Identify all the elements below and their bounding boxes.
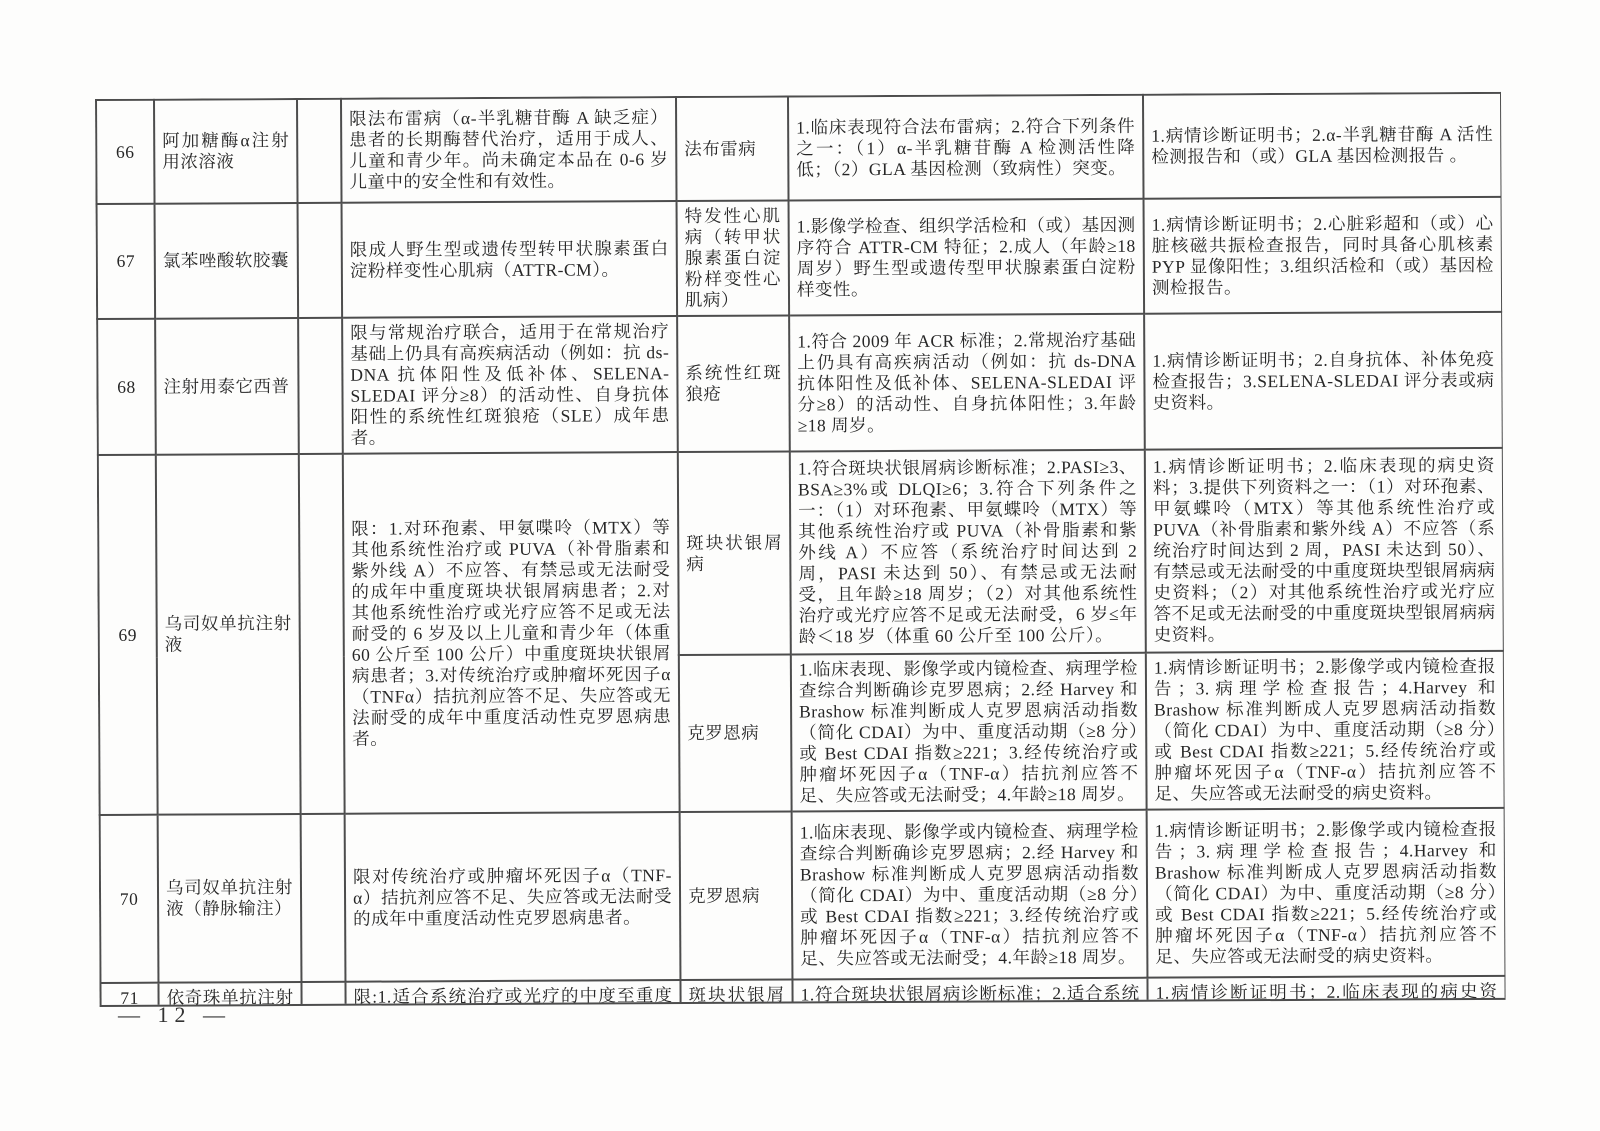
blank-cell bbox=[301, 982, 345, 1007]
materials-cell: 1.病情诊断证明书；2.临床表现的病史资料；3.提供适合系统治疗或光疗的中度至重… bbox=[1147, 976, 1505, 1007]
row-number-cell: 68 bbox=[97, 319, 156, 455]
disease-cell: 特发性心肌病（转甲状腺素蛋白淀粉样变性心肌病） bbox=[677, 200, 790, 316]
disease-cell: 斑块状银屑病 bbox=[678, 451, 791, 655]
table-row-67: 67 氯苯唑酸软胶囊 限成人野生型或遗传型转甲状腺素蛋白淀粉样变性心肌病（ATT… bbox=[97, 197, 1503, 319]
drug-name-cell: 乌司奴单抗注射液 bbox=[156, 454, 301, 815]
disease-cell: 斑块状银屑病 bbox=[680, 979, 792, 1007]
materials-cell: 1.病情诊断证明书；2.临床表现的病史资料；3.提供下列资料之一：（1）对环孢素… bbox=[1145, 448, 1504, 653]
drug-reimbursement-table: 66 阿加糖酶α注射用浓溶液 限法布雷病（α-半乳糖苷酶 A 缺乏症）患者的长期… bbox=[95, 92, 1506, 1007]
table-row-70: 70 乌司奴单抗注射液（静脉输注） 限对传统治疗或肿瘤坏死因子α（TNF-α）拮… bbox=[100, 808, 1506, 983]
criteria-cell: 1.符合斑块状银屑病诊断标准；2.PASI≥3、BSA≥3%或 DLQI≥6；3… bbox=[790, 450, 1146, 655]
criteria-cell: 1.临床表现、影像学或内镜检查、病理学检查综合判断确诊克罗恩病；2.经 Harv… bbox=[792, 810, 1148, 980]
disease-cell: 克罗恩病 bbox=[679, 654, 792, 812]
drug-name-cell: 乌司奴单抗注射液（静脉输注） bbox=[158, 814, 302, 983]
criteria-cell: 1.临床表现符合法布雷病；2.符合下列条件之一：（1）α-半乳糖苷酶 A 检测活… bbox=[788, 95, 1144, 201]
materials-cell: 1.病情诊断证明书；2.影像学或内镜检查报告；3.病理学检查报告；4.Harve… bbox=[1147, 808, 1506, 978]
materials-cell: 1.病情诊断证明书；2.影像学或内镜检查报告；3.病理学检查报告；4.Harve… bbox=[1146, 651, 1505, 810]
criteria-cell: 1.临床表现、影像学或内镜检查、病理学检查综合判断确诊克罗恩病；2.经 Harv… bbox=[791, 653, 1147, 812]
payment-scope-cell: 限法布雷病（α-半乳糖苷酶 A 缺乏症）患者的长期酶替代治疗，适用于成人、儿童和… bbox=[341, 97, 677, 203]
blank-cell bbox=[301, 814, 346, 982]
disease-cell: 系统性红斑狼疮 bbox=[677, 315, 790, 452]
materials-cell: 1.病情诊断证明书；2.自身抗体、补体免疫检查报告；3.SELENA-SLEDA… bbox=[1144, 312, 1503, 450]
drug-name-cell: 阿加糖酶α注射用浓溶液 bbox=[154, 99, 298, 204]
drug-name-cell: 氯苯唑酸软胶囊 bbox=[155, 203, 299, 319]
scanned-document-page: 66 阿加糖酶α注射用浓溶液 限法布雷病（α-半乳糖苷酶 A 缺乏症）患者的长期… bbox=[0, 0, 1600, 1131]
criteria-cell: 1.符合 2009 年 ACR 标准；2.常规治疗基础上仍具有高疾病活动（例如：… bbox=[789, 314, 1145, 452]
materials-cell: 1.病情诊断证明书；2.α-半乳糖苷酶 A 活性检测报告和（或）GLA 基因检测… bbox=[1143, 93, 1502, 199]
materials-cell: 1.病情诊断证明书；2.心脏彩超和（或）心脏核磁共振检查报告，同时具备心肌核素 … bbox=[1144, 197, 1503, 314]
payment-scope-cell: 限对传统治疗或肿瘤坏死因子α（TNF-α）拮抗剂应答不足、失应答或无法耐受的成年… bbox=[345, 812, 681, 982]
table-row-68: 68 注射用泰它西普 限与常规治疗联合，适用于在常规治疗基础上仍具有高疾病活动（… bbox=[97, 312, 1503, 455]
criteria-cell: 1.影像学检查、组织学活检和（或）基因测序符合 ATTR-CM 特征；2.成人（… bbox=[789, 199, 1145, 316]
payment-scope-cell: 限成人野生型或遗传型转甲状腺素蛋白淀粉样变性心肌病（ATTR-CM）。 bbox=[342, 201, 678, 318]
payment-scope-cell: 限:1.适合系统治疗或光疗的中度至重度斑块型银屑病成人患者;2.常规治疗疗效欠佳 bbox=[345, 980, 680, 1007]
page-number: — 12 — bbox=[118, 1002, 231, 1028]
blank-cell bbox=[299, 454, 345, 814]
disease-cell: 克罗恩病 bbox=[680, 811, 793, 980]
blank-cell bbox=[298, 318, 343, 454]
blank-cell bbox=[298, 203, 343, 318]
row-number-cell: 67 bbox=[97, 204, 156, 319]
row-number-cell: 70 bbox=[100, 815, 159, 983]
blank-cell bbox=[297, 99, 342, 203]
row-number-cell: 69 bbox=[98, 455, 158, 815]
table-wrapper: 66 阿加糖酶α注射用浓溶液 限法布雷病（α-半乳糖苷酶 A 缺乏症）患者的长期… bbox=[95, 92, 1506, 1007]
table-row-69-psoriasis: 69 乌司奴单抗注射液 限：1.对环孢素、甲氨喋呤（MTX）等其他系统性治疗或 … bbox=[98, 448, 1504, 658]
criteria-cell: 1.符合斑块状银屑病诊断标准；2.适合系统治疗或光疗的患者；3.PASI≥3、B… bbox=[792, 978, 1147, 1007]
drug-name-cell: 注射用泰它西普 bbox=[155, 318, 299, 455]
table-row-66: 66 阿加糖酶α注射用浓溶液 限法布雷病（α-半乳糖苷酶 A 缺乏症）患者的长期… bbox=[96, 93, 1502, 204]
disease-cell: 法布雷病 bbox=[676, 96, 789, 201]
payment-scope-cell: 限与常规治疗联合，适用于在常规治疗基础上仍具有高疾病活动（例如：抗 ds-DNA… bbox=[342, 316, 678, 454]
row-number-cell: 66 bbox=[96, 100, 155, 204]
payment-scope-cell: 限：1.对环孢素、甲氨喋呤（MTX）等其他系统性治疗或 PUVA（补骨脂素和紫外… bbox=[343, 452, 680, 814]
